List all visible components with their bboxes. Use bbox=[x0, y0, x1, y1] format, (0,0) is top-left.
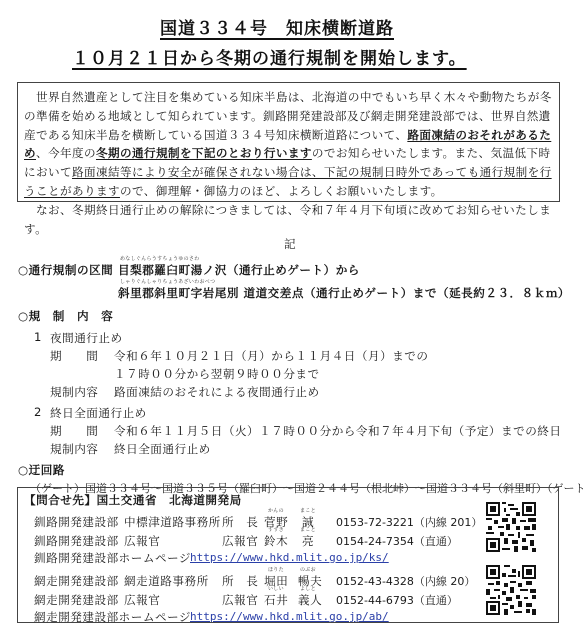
contact-dept: 釧路開発建設部 bbox=[34, 533, 119, 549]
item-2-num: 2 bbox=[34, 405, 42, 419]
contact-surname: 鈴木 bbox=[264, 533, 288, 549]
contact-dept: 網走開発建設部 bbox=[34, 573, 119, 589]
page-title: 国道３３４号 知床横断道路 bbox=[160, 14, 394, 39]
contact-given: 亮 bbox=[302, 533, 314, 549]
item-2-content: 終日全面通行止め bbox=[114, 441, 211, 457]
contact-surname-ruby: かんの bbox=[268, 507, 284, 514]
intro-text-part: 、今年度の bbox=[36, 146, 96, 160]
regulation-heading: ○規 制 内 容 bbox=[18, 308, 113, 324]
homepage-link-abashiri[interactable]: https://www.hkd.mlit.go.jp/ab/ bbox=[190, 610, 389, 623]
contact-given: 義人 bbox=[298, 592, 322, 608]
contact-office: 広報官 bbox=[124, 592, 160, 608]
intro-text-part: ので、御理解・御協力のほど、よろしくお願いいたします。 bbox=[120, 184, 443, 198]
section-from-ruby: めなしぐんらうすちょうゆのさわ bbox=[120, 255, 200, 262]
section-label: ○通行規制の区間 bbox=[18, 262, 113, 278]
item-1-period-label: 期 間 bbox=[50, 348, 98, 364]
qr-code-icon[interactable] bbox=[486, 565, 536, 615]
detour-heading: ○迂回路 bbox=[18, 462, 65, 478]
contact-given-ruby: のぶお bbox=[300, 566, 316, 573]
contact-dept: 釧路開発建設部 bbox=[34, 514, 119, 530]
section-from: 目梨郡羅臼町湯ノ沢（通行止めゲート）から bbox=[118, 262, 360, 278]
intro-emphasis-regulation: 冬期の通行規制を下記のとおり行います bbox=[96, 146, 312, 160]
contact-role: 所 長 bbox=[222, 573, 258, 589]
contact-role: 広報官 bbox=[222, 533, 258, 549]
homepage-label: 釧路開発建設部ホームページ bbox=[34, 550, 191, 566]
contact-given-ruby: よしと bbox=[300, 585, 316, 592]
contact-surname: 石井 bbox=[264, 592, 288, 608]
item-1-content-label: 規制内容 bbox=[50, 384, 98, 400]
contact-phone[interactable]: 0152-43-4328（内線 20） bbox=[336, 573, 475, 589]
section-to: 斜里郡斜里町字岩尾別 道道交差点（通行止めゲート）まで（延長約２３．８ｋｍ） bbox=[118, 285, 570, 301]
item-1-period-line1: 令和６年１０月２１日（月）から１１月４日（月）までの bbox=[114, 348, 428, 364]
item-1-content: 路面凍結のおそれによる夜間通行止め bbox=[114, 384, 320, 400]
contact-office: 広報官 bbox=[124, 533, 160, 549]
contact-surname-ruby: すずき bbox=[268, 526, 284, 533]
contact-given-ruby: まこと bbox=[300, 526, 316, 533]
section-to-ruby: しゃりぐんしゃりちょうあざいわおべつ bbox=[120, 278, 215, 285]
item-1-title: 夜間通行止め bbox=[50, 330, 123, 346]
homepage-label: 網走開発建設部ホームページ bbox=[34, 609, 191, 625]
intro-text-p2: なお、冬期終日通行止めの解除につきましては、令和７年４月下旬頃に改めてお知らせい… bbox=[24, 203, 551, 236]
item-1-num: 1 bbox=[34, 330, 42, 344]
item-2-title: 終日全面通行止め bbox=[50, 405, 147, 421]
contact-heading: 【問合せ先】国土交通省 北海道開発局 bbox=[24, 492, 242, 508]
contact-phone[interactable]: 0154-24-7354（直通） bbox=[336, 533, 458, 549]
contact-office: 網走道路事務所 bbox=[124, 573, 209, 589]
contact-given-ruby: まこと bbox=[300, 507, 316, 514]
item-2-content-label: 規制内容 bbox=[50, 441, 98, 457]
item-1-period-line2: １７時００分から翌朝９時００分まで bbox=[114, 366, 320, 382]
homepage-link-kushiro[interactable]: https://www.hkd.mlit.go.jp/ks/ bbox=[190, 551, 389, 564]
contact-phone[interactable]: 0153-72-3221（内線 201） bbox=[336, 514, 482, 530]
contact-surname-ruby: ほりた bbox=[268, 566, 284, 573]
intro-box: 世界自然遺産として注目を集めている知床半島は、北海道の中でもいち早く木々や動物た… bbox=[17, 82, 560, 202]
contact-role: 広報官 bbox=[222, 592, 258, 608]
ki-heading: 記 bbox=[284, 236, 296, 252]
contact-phone[interactable]: 0152-44-6793（直通） bbox=[336, 592, 458, 608]
page-subtitle: １０月２１日から冬期の通行規制を開始します。 bbox=[72, 44, 467, 69]
intro-text: 世界自然遺産として注目を集めている知床半島は、北海道の中でもいち早く木々や動物た… bbox=[24, 88, 554, 238]
item-2-period-label: 期 間 bbox=[50, 423, 98, 439]
contact-role: 所 長 bbox=[222, 514, 258, 530]
contact-dept: 網走開発建設部 bbox=[34, 592, 119, 608]
qr-code-icon[interactable] bbox=[486, 502, 536, 552]
contact-surname-ruby: いしい bbox=[268, 585, 284, 592]
item-2-period-line1: 令和６年１１月５日（火）１７時００分から令和７年４月下旬（予定）までの終日 bbox=[114, 423, 561, 439]
contact-office: 中標津道路事務所 bbox=[124, 514, 221, 530]
